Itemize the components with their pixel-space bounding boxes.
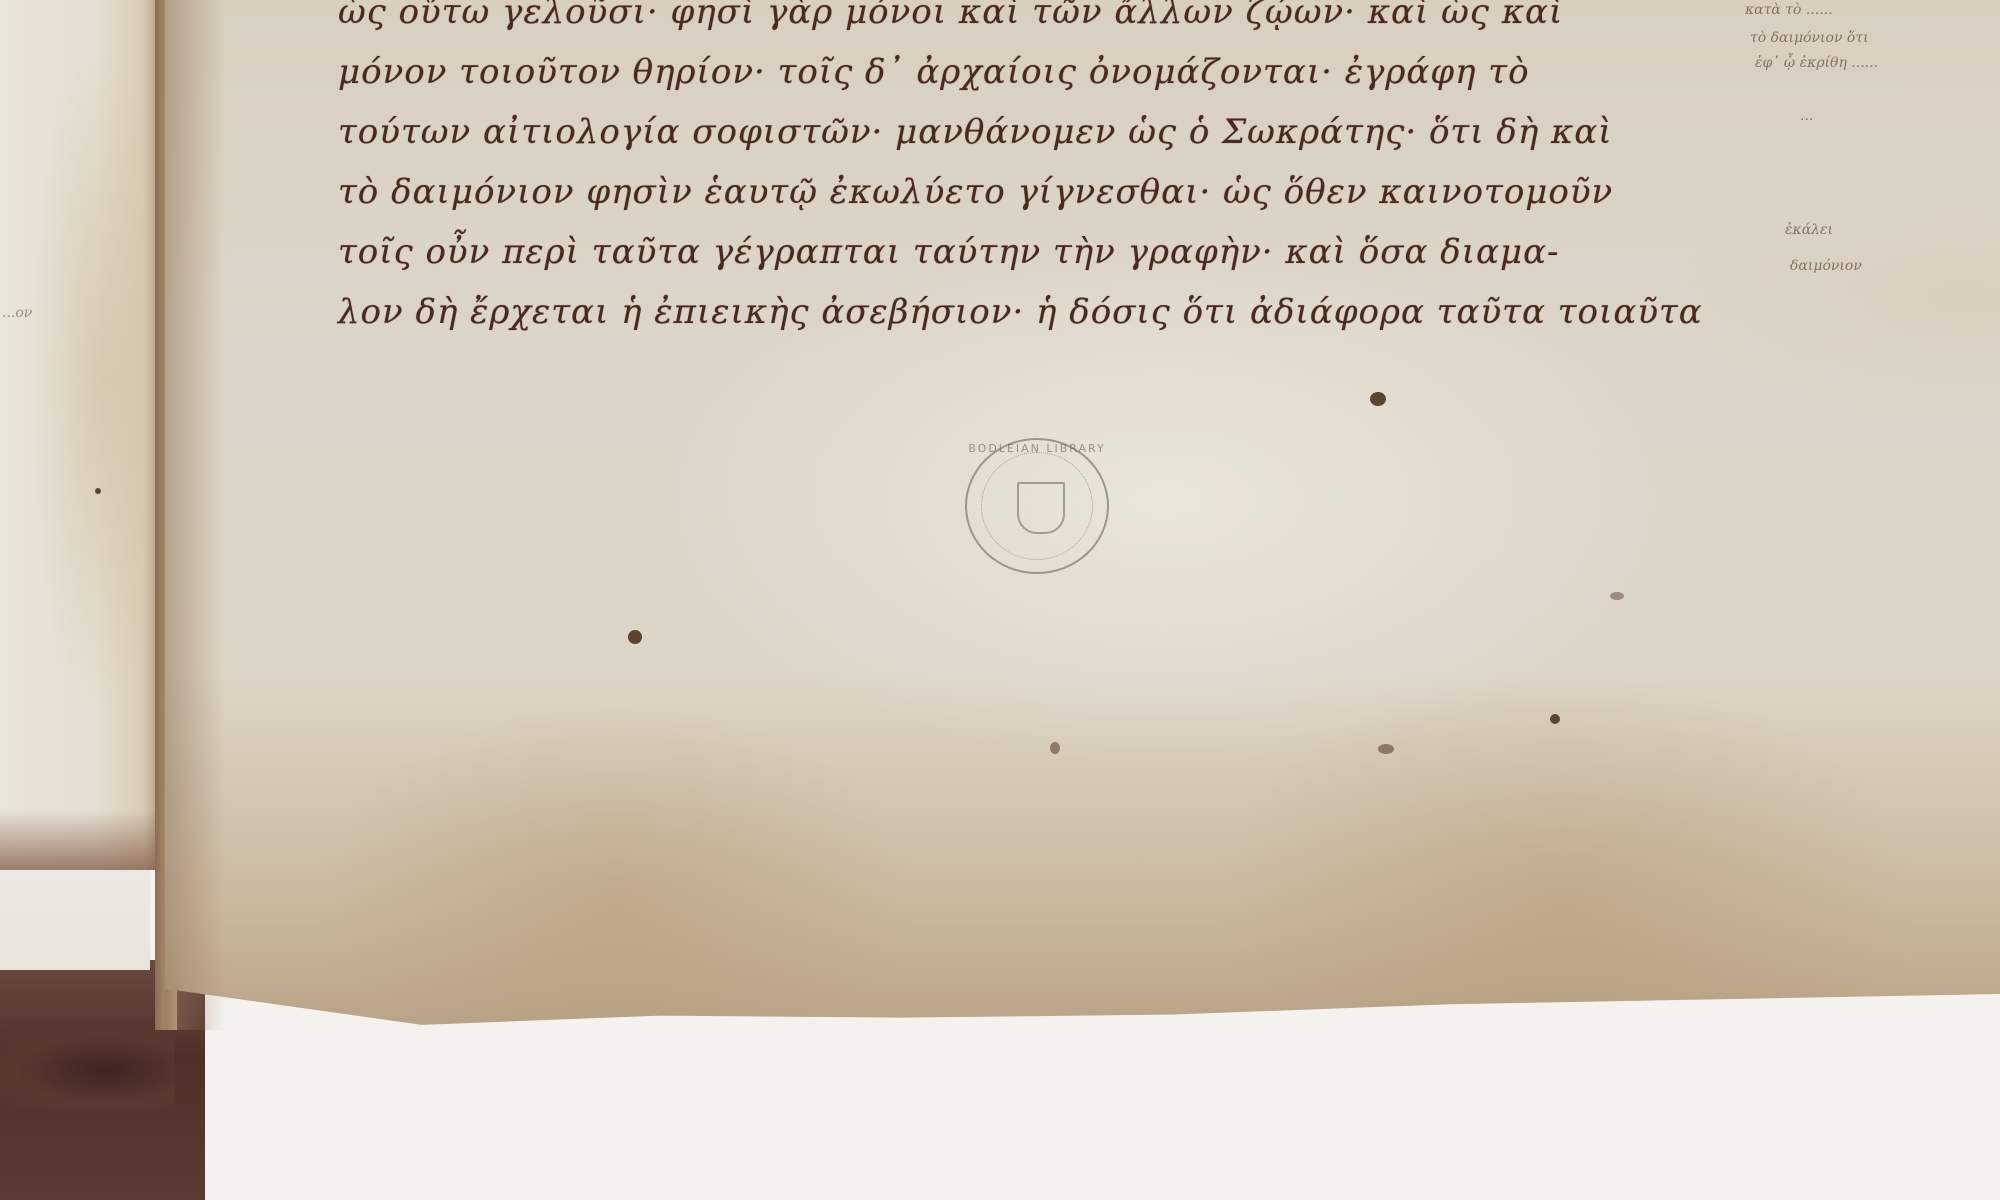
ink-spot xyxy=(1378,744,1394,754)
margin-note: τὸ δαιμόνιον ὅτι xyxy=(1750,30,1869,46)
ink-spot xyxy=(1610,592,1624,600)
left-folio xyxy=(0,0,160,870)
manuscript-text: ὡς οὕτω γελοῦσι· φησὶ γὰρ μόνοι καὶ τῶν … xyxy=(338,0,1668,342)
text-line: τοῖς οὖν περὶ ταῦτα γέγραπται ταύτην τὴν… xyxy=(338,222,1668,282)
text-line: μόνον τοιοῦτον θηρίον· τοῖς δ᾽ ἀρχαίοις … xyxy=(338,42,1668,102)
left-folio-tab xyxy=(0,870,150,970)
text-line: τὸ δαιμόνιον φησὶν ἑαυτῷ ἐκωλύετο γίγνεσ… xyxy=(338,162,1668,222)
left-margin-note: ...ον xyxy=(2,305,32,321)
page-edge-shadow xyxy=(165,0,225,1030)
margin-note: ἐκάλει xyxy=(1785,222,1833,238)
ink-spot xyxy=(1550,714,1560,724)
text-line: τούτων αἰτιολογία σοφιστῶν· μανθάνομεν ὡ… xyxy=(338,102,1668,162)
ink-spot xyxy=(628,630,642,644)
margin-note: κατὰ τὸ ...... xyxy=(1745,2,1833,18)
stamp-label: BODLEIAN LIBRARY xyxy=(967,440,1107,455)
margin-note: δαιμόνιον xyxy=(1790,258,1862,274)
shield-icon xyxy=(1017,482,1065,534)
ink-spot xyxy=(1370,392,1386,406)
library-stamp: BODLEIAN LIBRARY xyxy=(965,438,1109,574)
ink-spot xyxy=(95,488,101,494)
text-line: λον δὴ ἔρχεται ἡ ἐπιεικὴς ἀσεβήσιον· ἡ δ… xyxy=(338,282,1668,342)
ink-spot xyxy=(1050,742,1060,754)
text-line: ὡς οὕτω γελοῦσι· φησὶ γὰρ μόνοι καὶ τῶν … xyxy=(338,0,1668,42)
margin-note: ... xyxy=(1800,108,1813,124)
margin-note: ἐφ᾽ ᾧ ἐκρίθη ...... xyxy=(1755,55,1878,71)
